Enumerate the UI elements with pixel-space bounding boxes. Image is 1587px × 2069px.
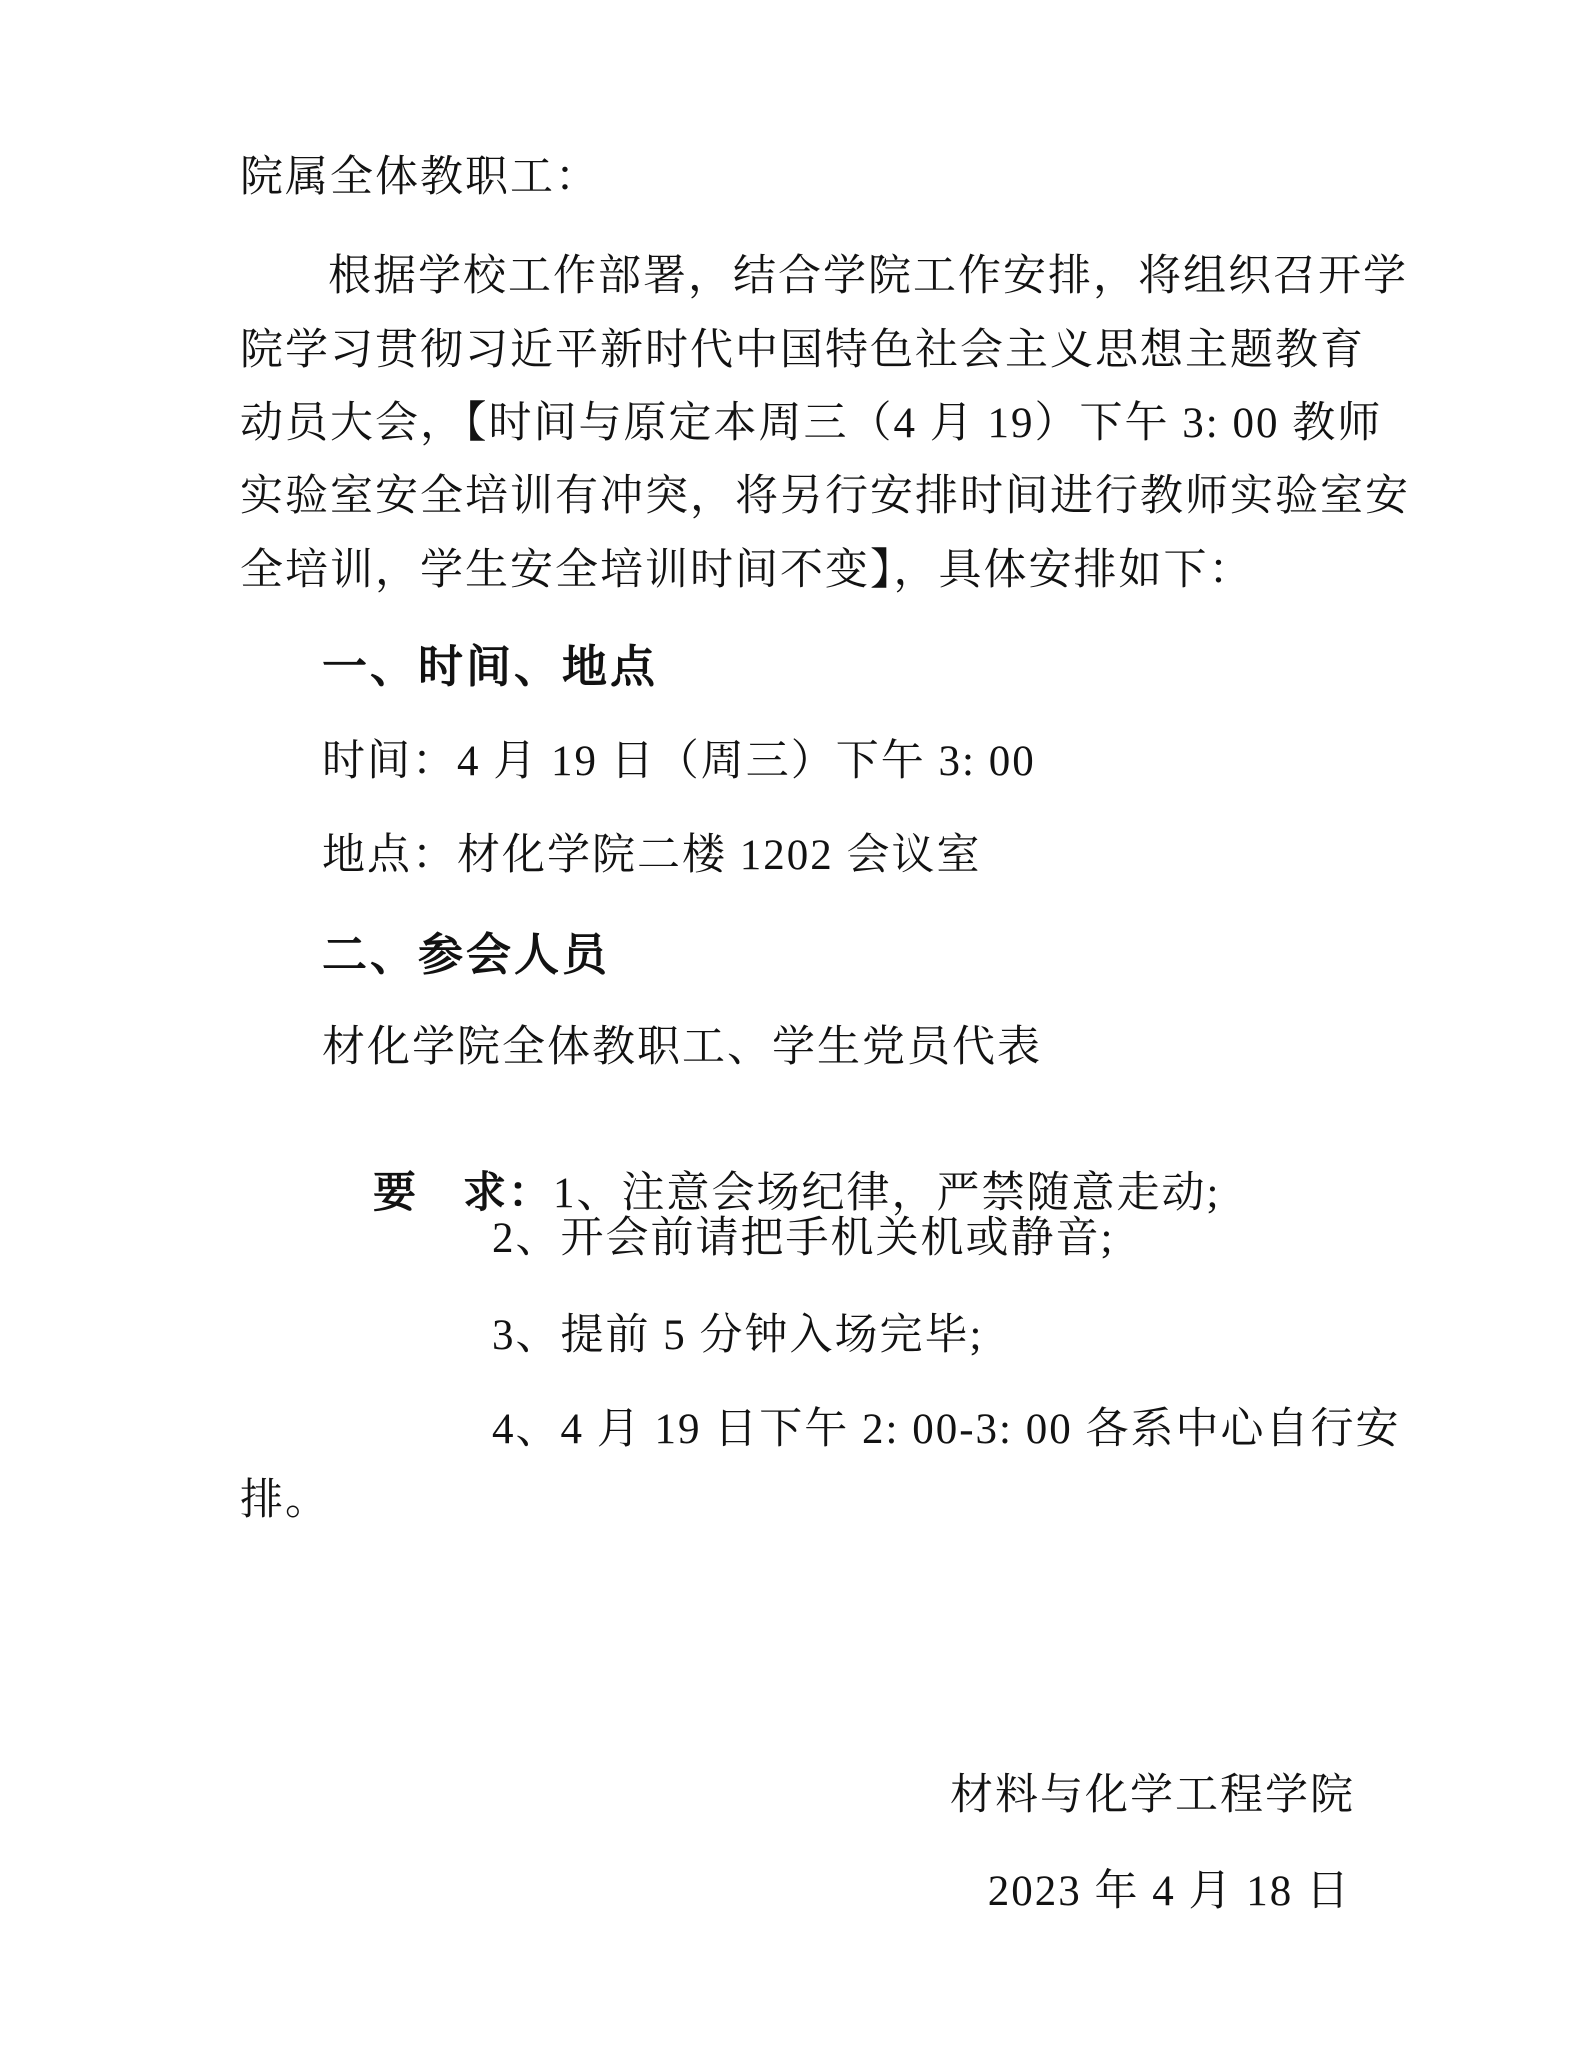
section-one-heading: 一、时间、地点 bbox=[322, 640, 658, 694]
meeting-location-line: 地点：材化学院二楼 1202 会议室 bbox=[322, 830, 982, 882]
document-page: 院属全体教职工： 根据学校工作部署，结合学院工作安排，将组织召开学 院学习贯彻习… bbox=[0, 0, 1587, 2069]
requirement-item-4: 4、4 月 19 日下午 2: 00-3: 00 各系中心自行安 bbox=[492, 1404, 1400, 1456]
requirement-item-2: 2、开会前请把手机关机或静音; bbox=[492, 1213, 1114, 1265]
requirements-label: 要 求： bbox=[373, 1169, 553, 1217]
body-paragraph-line-2: 院学习贯彻习近平新时代中国特色社会主义思想主题教育 bbox=[240, 325, 1365, 377]
salutation-line: 院属全体教职工： bbox=[240, 152, 600, 204]
date-line: 2023 年 4 月 18 日 bbox=[988, 1866, 1351, 1918]
attendees-line: 材化学院全体教职工、学生党员代表 bbox=[322, 1022, 1042, 1074]
signature-line: 材料与化学工程学院 bbox=[950, 1770, 1355, 1822]
section-two-heading: 二、参会人员 bbox=[322, 928, 610, 982]
body-paragraph-line-1: 根据学校工作部署，结合学院工作安排，将组织召开学 bbox=[328, 251, 1408, 303]
body-paragraph-line-4: 实验室安全培训有冲突，将另行安排时间进行教师实验室安 bbox=[240, 471, 1410, 523]
requirement-item-1: 1、注意会场纪律，严禁随意走动; bbox=[553, 1170, 1220, 1217]
meeting-time-line: 时间：4 月 19 日（周三）下午 3: 00 bbox=[322, 736, 1036, 788]
body-paragraph-line-5: 全培训，学生安全培训时间不变】，具体安排如下： bbox=[240, 545, 1254, 597]
requirement-item-3: 3、提前 5 分钟入场完毕; bbox=[492, 1310, 983, 1362]
requirement-item-4-continuation: 排。 bbox=[240, 1475, 330, 1527]
body-paragraph-line-3: 动员大会，【时间与原定本周三（4 月 19）下午 3: 00 教师 bbox=[240, 398, 1382, 450]
